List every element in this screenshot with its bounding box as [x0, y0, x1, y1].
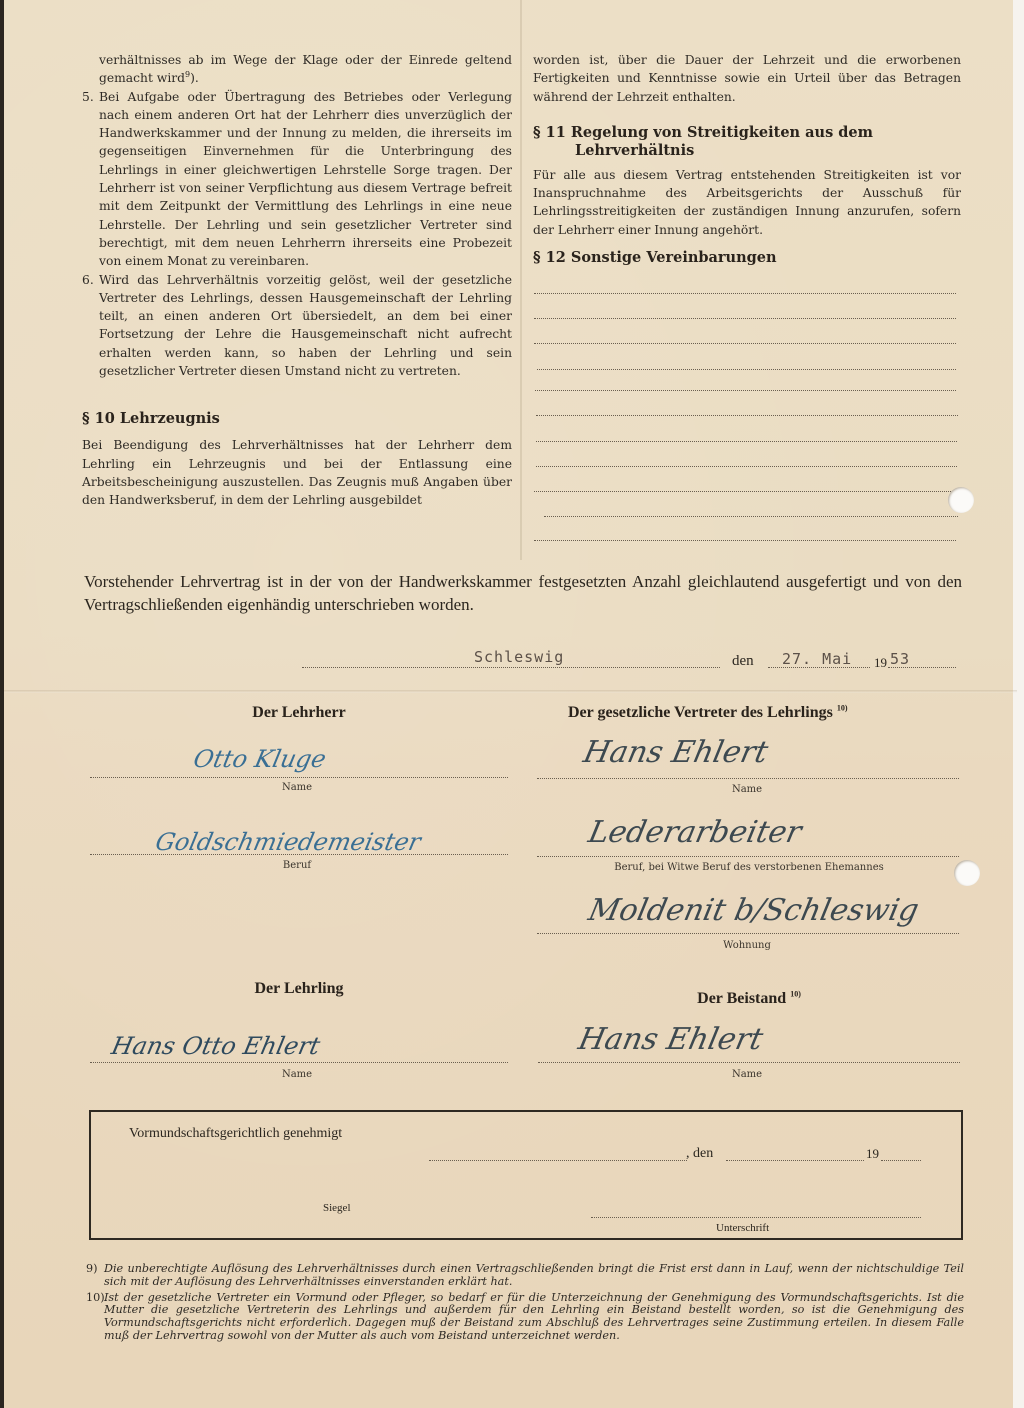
den-label: den — [732, 653, 754, 670]
footnotes: 9) Die unberechtigte Auflösung des Lehrv… — [86, 1263, 964, 1346]
blank-line[interactable] — [536, 466, 957, 467]
beistand-heading: Der Beistand 10) — [614, 990, 884, 1008]
signature-line — [90, 1062, 508, 1063]
blank-line[interactable] — [534, 491, 951, 492]
punch-hole — [954, 860, 980, 886]
document-page: verhältnisses ab im Wege der Klage oder … — [0, 0, 1013, 1408]
list-item: 6. Wird das Lehrverhältnis vorzeitig gel… — [82, 271, 512, 381]
beistand-name-signature[interactable]: Hans Ehlert — [575, 1022, 766, 1057]
blank-line[interactable] — [534, 293, 956, 294]
punch-hole — [948, 487, 974, 513]
blank-line[interactable] — [544, 516, 958, 517]
name-label: Name — [197, 1069, 397, 1080]
right-column: worden ist, über die Dauer der Lehrzeit … — [533, 51, 961, 267]
blank-line[interactable] — [536, 415, 958, 416]
footnote-ref: 10) — [790, 990, 801, 999]
vertreter-beruf-signature[interactable]: Lederarbeiter — [585, 815, 804, 850]
year-field[interactable]: 53 — [890, 650, 910, 668]
approval-year-line[interactable] — [881, 1160, 921, 1161]
place-field-line — [302, 667, 720, 668]
date-field[interactable]: 27. Mai — [782, 650, 852, 668]
blank-line[interactable] — [537, 369, 956, 370]
blank-line[interactable] — [536, 441, 957, 442]
signature-line — [90, 777, 508, 778]
beruf-label: Beruf — [197, 860, 397, 871]
blank-line[interactable] — [535, 390, 956, 391]
section-heading-11: § 11 Regelung von Streitigkeiten aus dem… — [533, 124, 961, 160]
vertical-fold — [520, 0, 522, 560]
approval-year-prefix: 19 — [866, 1146, 879, 1162]
signature-line — [537, 778, 959, 779]
lehrherr-heading: Der Lehrherr — [164, 704, 434, 722]
blank-line[interactable] — [534, 343, 956, 344]
lehrling-heading: Der Lehrling — [164, 980, 434, 998]
continuation-text: worden ist, über die Dauer der Lehrzeit … — [533, 51, 961, 106]
year-field-line — [888, 667, 956, 668]
vertreter-beruf-label: Beruf, bei Witwe Beruf des verstorbenen … — [564, 862, 934, 873]
lehrherr-name-signature[interactable]: Otto Kluge — [191, 745, 329, 773]
continuation-text: verhältnisses ab im Wege der Klage oder … — [82, 51, 512, 88]
signature-line — [538, 1062, 960, 1063]
blank-line[interactable] — [534, 540, 956, 541]
lehrherr-beruf-signature[interactable]: Goldschmiedemeister — [153, 828, 423, 856]
approval-signature-line[interactable] — [591, 1217, 921, 1218]
list-item: 5. Bei Aufgabe oder Übertragung des Betr… — [82, 88, 512, 271]
lehrling-name-signature[interactable]: Hans Otto Ehlert — [109, 1032, 323, 1060]
section-10-text: Bei Beendigung des Lehrverhältnisses hat… — [82, 436, 512, 509]
signature-line — [90, 854, 508, 855]
section-11-text: Für alle aus diesem Vertrag entstehenden… — [533, 166, 961, 239]
name-label: Name — [197, 782, 397, 793]
section-heading-10: § 10 Lehrzeugnis — [82, 410, 512, 428]
footnote-10: 10) Ist der gesetzliche Vertreter ein Vo… — [86, 1292, 964, 1343]
court-approval-box: Vormundschaftsgerichtlich genehmigt , de… — [89, 1110, 963, 1240]
year-prefix: 19 — [874, 655, 887, 671]
closing-statement: Vorstehender Lehrvertrag ist in der von … — [84, 570, 962, 616]
wohnung-label: Wohnung — [647, 940, 847, 951]
seal-label: Siegel — [323, 1202, 351, 1214]
footnote-9: 9) Die unberechtigte Auflösung des Lehrv… — [86, 1263, 964, 1289]
blank-line[interactable] — [534, 318, 956, 319]
left-column: verhältnisses ab im Wege der Klage oder … — [82, 51, 512, 510]
section-heading-12: § 12 Sonstige Vereinbarungen — [533, 249, 961, 267]
place-field[interactable]: Schleswig — [474, 648, 564, 666]
name-label: Name — [647, 1069, 847, 1080]
signature-label: Unterschrift — [716, 1222, 769, 1234]
vertreter-name-signature[interactable]: Hans Ehlert — [580, 735, 771, 770]
horizontal-fold — [4, 690, 1017, 693]
approval-place-line[interactable] — [429, 1160, 687, 1161]
vertreter-wohnung-signature[interactable]: Moldenit b/Schleswig — [585, 893, 922, 928]
name-label: Name — [647, 784, 847, 795]
approval-date-line[interactable] — [726, 1160, 864, 1161]
approval-den-label: , den — [686, 1146, 713, 1162]
vertreter-heading: Der gesetzliche Vertreter des Lehrlings … — [568, 704, 938, 722]
approval-title: Vormundschaftsgerichtlich genehmigt — [129, 1126, 342, 1142]
signature-line — [537, 933, 959, 934]
footnote-ref: 10) — [837, 704, 848, 713]
signature-line — [537, 856, 959, 857]
